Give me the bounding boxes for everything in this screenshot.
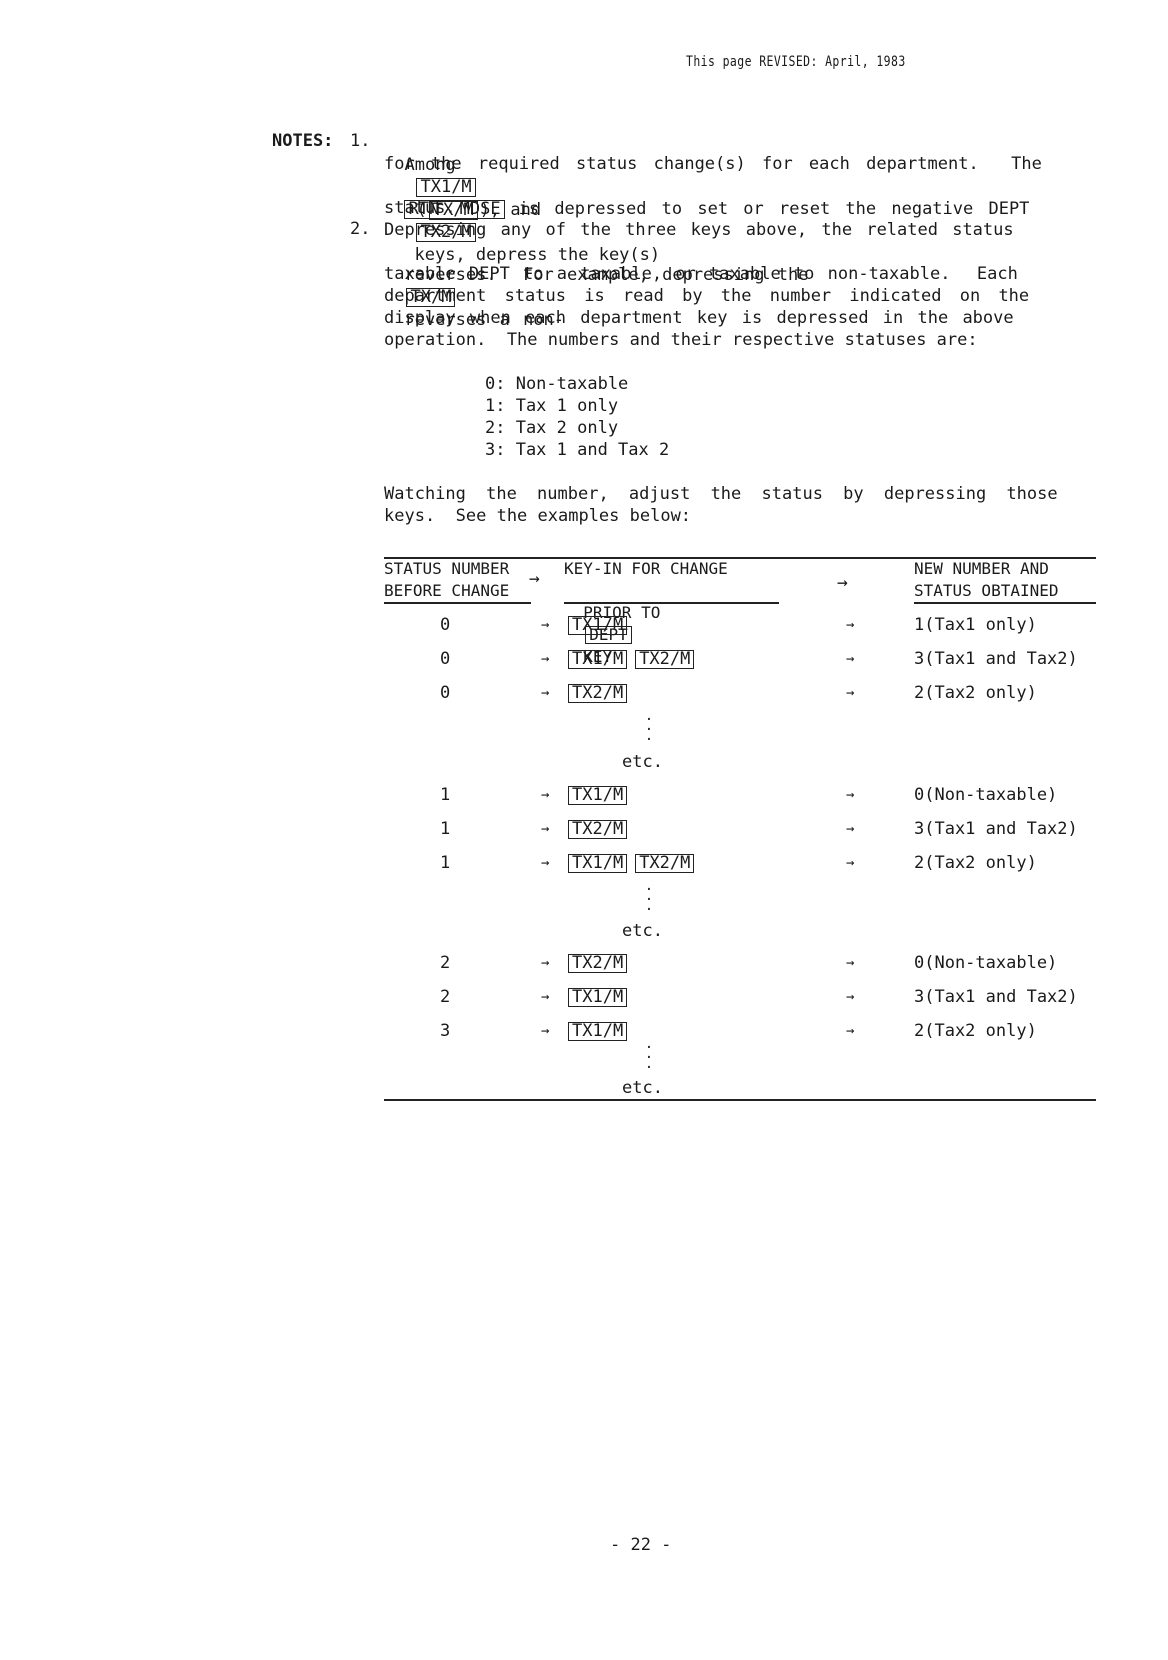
- instruction-line-1: Watching the number, adjust the status b…: [384, 483, 1058, 506]
- row-6-keys: TX2/M: [566, 953, 629, 973]
- status-item-1: 1: Tax 1 only: [485, 395, 618, 418]
- row-3-arrow-2: →: [846, 787, 854, 803]
- status-item-0: 0: Non-taxable: [485, 373, 628, 396]
- ellipsis-vertical-icon: ···: [644, 885, 654, 915]
- col1-header-line-2: BEFORE CHANGE: [384, 580, 509, 602]
- header-arrow-2: →: [837, 572, 848, 593]
- header-arrow-1: →: [529, 568, 540, 589]
- key-tx2-m: TX2/M: [568, 684, 627, 703]
- note-1-line-4: status.: [384, 197, 456, 220]
- row-7-arrow-2: →: [846, 989, 854, 1005]
- row-0-keys: TX1/M: [566, 615, 629, 635]
- row-5-keys: TX1/MTX2/M: [566, 853, 696, 873]
- row-4-before: 1: [440, 819, 450, 839]
- notes-label: NOTES:: [272, 131, 333, 151]
- row-4-arrow-1: →: [541, 821, 549, 837]
- row-2-result: 2(Tax2 only): [914, 683, 1037, 703]
- ellipsis-vertical-icon: ···: [644, 715, 654, 745]
- row-7-result: 3(Tax1 and Tax2): [914, 987, 1078, 1007]
- row-0-before: 0: [440, 615, 450, 635]
- page-number: - 22 -: [610, 1535, 671, 1555]
- row-6-arrow-1: →: [541, 955, 549, 971]
- key-tx2-m: TX2/M: [635, 854, 694, 873]
- row-6-arrow-2: →: [846, 955, 854, 971]
- row-6-before: 2: [440, 953, 450, 973]
- key-tx2-m: TX2/M: [635, 650, 694, 669]
- row-2-keys: TX2/M: [566, 683, 629, 703]
- row-7-before: 2: [440, 987, 450, 1007]
- note-2-line-1: Depressing any of the three keys above, …: [384, 219, 1014, 242]
- row-4-keys: TX2/M: [566, 819, 629, 839]
- row-1-result: 3(Tax1 and Tax2): [914, 649, 1078, 669]
- col2-header-line-1: KEY-IN FOR CHANGE: [564, 558, 728, 580]
- row-0-arrow-1: →: [541, 617, 549, 633]
- row-5-arrow-1: →: [541, 855, 549, 871]
- col2-header-underline: [564, 602, 779, 604]
- row-8-keys: TX1/M: [566, 1021, 629, 1041]
- row-4-result: 3(Tax1 and Tax2): [914, 819, 1078, 839]
- instruction-line-2: keys. See the examples below:: [384, 505, 691, 528]
- status-item-2: 2: Tax 2 only: [485, 417, 618, 440]
- row-5-before: 1: [440, 853, 450, 873]
- key-tx2-m: TX2/M: [568, 820, 627, 839]
- row-2-before: 0: [440, 683, 450, 703]
- row-8-result: 2(Tax2 only): [914, 1021, 1037, 1041]
- col3-header-underline: [914, 602, 1096, 604]
- key-tx1-m: TX1/M: [568, 988, 627, 1007]
- key-tx1-m: TX1/M: [568, 854, 627, 873]
- row-8-before: 3: [440, 1021, 450, 1041]
- row-3-arrow-1: →: [541, 787, 549, 803]
- note-2-line-3: taxable DEPT to a taxable, or taxable to…: [384, 263, 1018, 286]
- row-6-result: 0(Non-taxable): [914, 953, 1057, 973]
- row-4-arrow-2: →: [846, 821, 854, 837]
- row-1-keys: TX1/MTX2/M: [566, 649, 696, 669]
- note-2-line-6: operation. The numbers and their respect…: [384, 329, 978, 352]
- text: is depressed to set or reset the negativ…: [519, 199, 1030, 219]
- row-1-arrow-1: →: [541, 651, 549, 667]
- row-3-before: 1: [440, 785, 450, 805]
- note-2-number: 2.: [350, 219, 370, 239]
- row-1-arrow-2: →: [846, 651, 854, 667]
- ellipsis-vertical-icon: ···: [644, 1043, 654, 1073]
- key-tx1-m: TX1/M: [568, 1022, 627, 1041]
- row-2-arrow-2: →: [846, 685, 854, 701]
- row-5-arrow-2: →: [846, 855, 854, 871]
- row-7-keys: TX1/M: [566, 987, 629, 1007]
- row-2-arrow-1: →: [541, 685, 549, 701]
- key-tx2-m: TX2/M: [568, 954, 627, 973]
- note-1-line-3: RTN MDSEis depressed to set or reset the…: [384, 175, 1029, 220]
- etc-label-3: etc.: [622, 1078, 663, 1098]
- col1-header-line-1: STATUS NUMBER: [384, 558, 509, 580]
- etc-label-2: etc.: [622, 921, 663, 941]
- note-1-line-2: for the required status change(s) for ea…: [384, 153, 1042, 176]
- row-0-result: 1(Tax1 only): [914, 615, 1037, 635]
- table-bottom-rule: [384, 1099, 1096, 1101]
- row-3-result: 0(Non-taxable): [914, 785, 1057, 805]
- row-1-before: 0: [440, 649, 450, 669]
- row-0-arrow-2: →: [846, 617, 854, 633]
- key-tx1-m: TX1/M: [568, 786, 627, 805]
- status-item-3: 3: Tax 1 and Tax 2: [485, 439, 669, 462]
- note-2-line-5: display when each department key is depr…: [384, 307, 1014, 330]
- note-2-line-4: department status is read by the number …: [384, 285, 1029, 308]
- col3-header-line-1: NEW NUMBER AND: [914, 558, 1049, 580]
- key-tx1-m: TX1/M: [568, 616, 627, 635]
- row-8-arrow-1: →: [541, 1023, 549, 1039]
- note-1-number: 1.: [350, 131, 370, 151]
- row-3-keys: TX1/M: [566, 785, 629, 805]
- row-5-result: 2(Tax2 only): [914, 853, 1037, 873]
- key-tx1-m: TX1/M: [568, 650, 627, 669]
- col3-header-line-2: STATUS OBTAINED: [914, 580, 1059, 602]
- etc-label-1: etc.: [622, 752, 663, 772]
- revision-note: This page REVISED: April, 1983: [686, 54, 906, 70]
- row-8-arrow-2: →: [846, 1023, 854, 1039]
- col1-header-underline: [384, 602, 531, 604]
- row-7-arrow-1: →: [541, 989, 549, 1005]
